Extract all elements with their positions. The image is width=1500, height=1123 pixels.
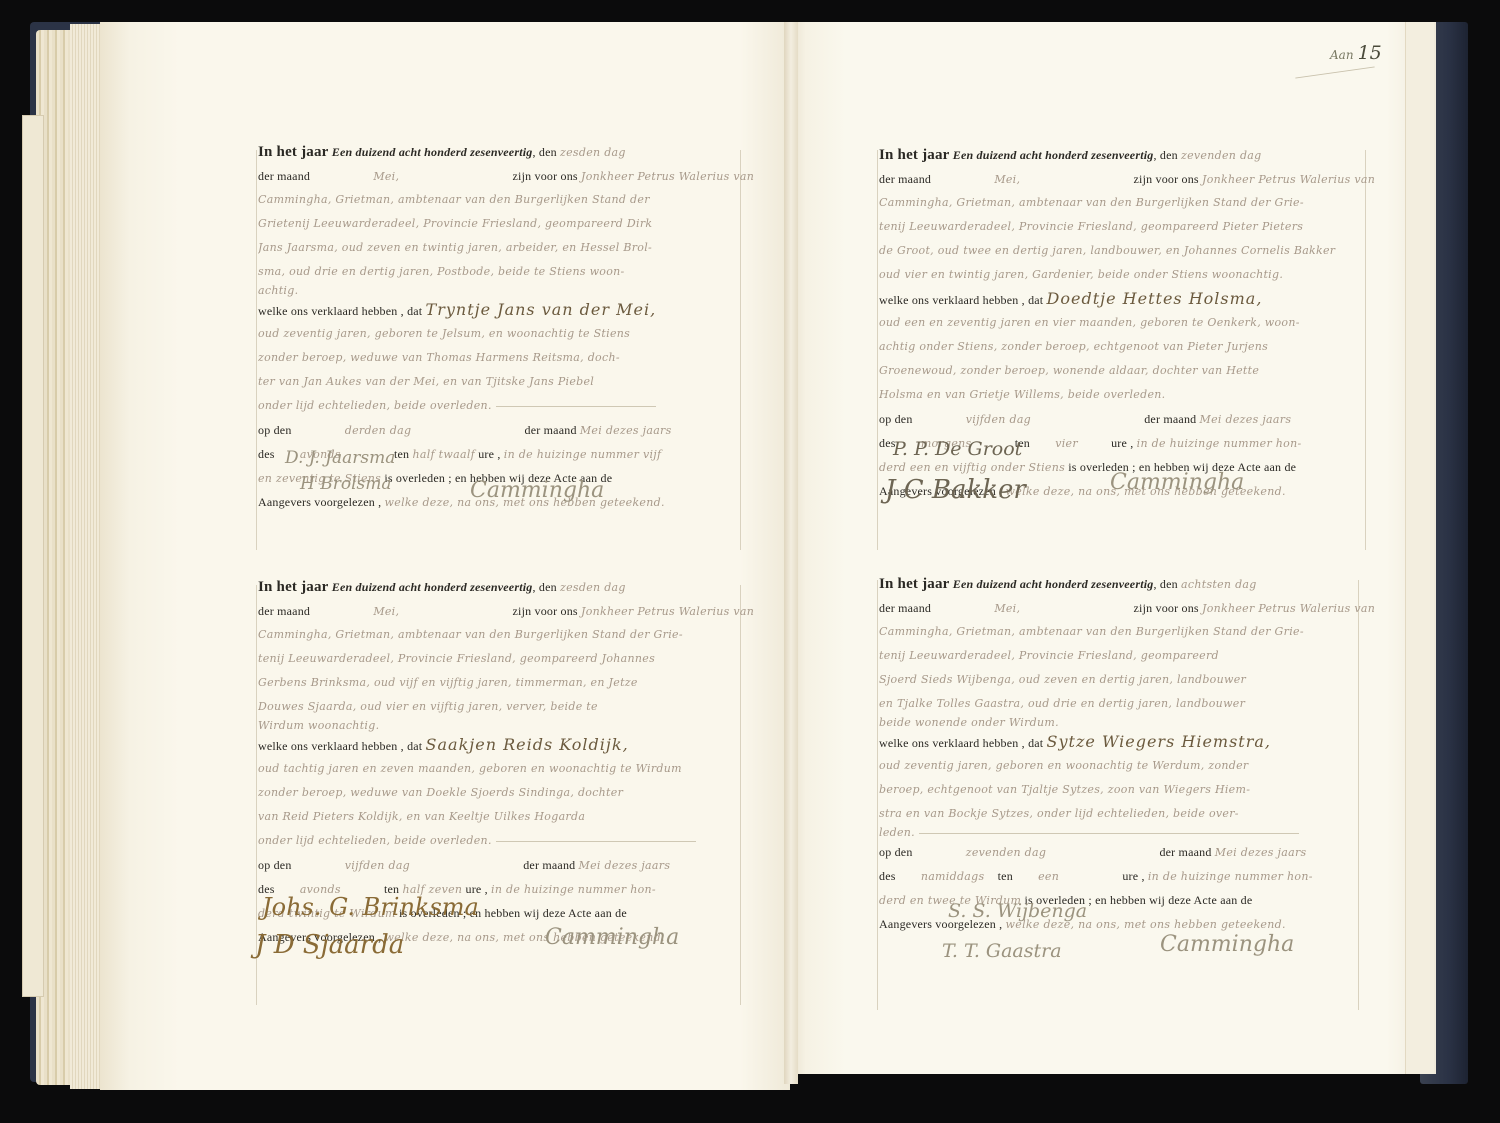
death-month: Mei dezes jaars <box>1215 846 1307 859</box>
label-welke: welke ons verklaard hebben , dat <box>879 293 1043 307</box>
deceased-row: welke ons verklaard hebben , dat Tryntje… <box>258 298 738 322</box>
margin-rule <box>1365 150 1366 550</box>
margin-rule <box>740 150 741 550</box>
deceased-detail: onder lijd echtelieden, beide overleden. <box>258 834 492 847</box>
label-des: des <box>879 869 896 883</box>
label-welke: welke ons verklaard hebben , dat <box>879 736 1043 750</box>
place: in de huizinge nummer hon- <box>1148 870 1313 883</box>
signature-official: Cammingha <box>1160 932 1294 957</box>
date-day: zesden dag <box>560 581 626 594</box>
official-line: Jonkheer Petrus Walerius van <box>581 170 754 183</box>
label-in-het-jaar: In het jaar <box>258 579 329 595</box>
act-heading: In het jaar Een duizend acht honderd zes… <box>258 140 738 164</box>
hour: half twaalf <box>412 448 475 461</box>
act-heading: In het jaar Een duizend acht honderd zes… <box>879 143 1359 167</box>
label-den: , den <box>532 580 556 594</box>
label-der-maand: der maand <box>258 169 310 183</box>
place: in de huizinge nummer vijf <box>504 448 662 461</box>
label-den: , den <box>1153 577 1177 591</box>
official-line: Cammingha, Grietman, ambtenaar van den B… <box>879 191 1359 215</box>
label-welke: welke ons verklaard hebben , dat <box>258 304 422 318</box>
year-words: Een duizend acht honderd zesenveertig <box>332 145 533 159</box>
official-line: Jonkheer Petrus Walerius van <box>1202 173 1375 186</box>
year-words: Een duizend acht honderd zesenveertig <box>332 580 533 594</box>
official-line: Douwes Sjaarda, oud vier en vijftig jare… <box>258 695 738 719</box>
official-line: tenij Leeuwarderadeel, Provincie Friesla… <box>879 644 1359 668</box>
label-op-den: op den <box>879 412 913 426</box>
month: Mei, <box>994 173 1020 186</box>
death-day: vijfden dag <box>345 859 410 872</box>
official-line: Gerbens Brinksma, oud vijf en vijftig ja… <box>258 671 738 695</box>
deceased-row: welke ons verklaard hebben , dat Doedtje… <box>879 287 1359 311</box>
fill-line <box>496 841 696 842</box>
death-date-row: op den vijfden dag der maand Mei dezes j… <box>879 407 1359 431</box>
death-date-row: op den vijfden dag der maand Mei dezes j… <box>258 853 738 877</box>
label-der-maand: der maand <box>1144 412 1196 426</box>
label-op-den: op den <box>879 845 913 859</box>
page-edge-right <box>1405 22 1434 1074</box>
official-line: Grietenij Leeuwarderadeel, Provincie Fri… <box>258 212 738 236</box>
folio-prefix: Aan <box>1330 48 1354 62</box>
signature-official: Cammingha <box>1110 470 1244 495</box>
date-day: zevenden dag <box>1181 149 1262 162</box>
hour: vier <box>1055 437 1078 450</box>
label-der-maand: der maand <box>523 858 575 872</box>
deceased-name: Sytze Wiegers Hiemstra, <box>1047 732 1271 751</box>
folio-value: 15 <box>1358 42 1382 64</box>
month: Mei, <box>373 170 399 183</box>
margin-rule <box>740 585 741 1005</box>
label-der-maand: der maand <box>258 604 310 618</box>
death-month: Mei dezes jaars <box>580 424 672 437</box>
label-der-maand: der maand <box>1159 845 1211 859</box>
label-op-den: op den <box>258 858 292 872</box>
place: derd een en vijftig onder Stiens <box>879 461 1065 474</box>
book-gutter <box>784 22 798 1084</box>
label-zijn-voor-ons: zijn voor ons <box>513 604 578 618</box>
official-line: oud vier en twintig jaren, Gardenier, be… <box>879 263 1359 287</box>
official-line: tenij Leeuwarderadeel, Provincie Friesla… <box>879 215 1359 239</box>
official-line: Wirdum woonachtig. <box>258 719 738 733</box>
signature-witness-2: J D Sjaarda <box>255 930 404 960</box>
deceased-name: Doedtje Hettes Holsma, <box>1047 289 1263 308</box>
signature-witness-1: P. P. De Groot <box>893 438 1022 460</box>
signature-witness-1: D. J. Jaarsma <box>285 448 395 468</box>
official-line: de Groot, oud twee en dertig jaren, land… <box>879 239 1359 263</box>
date-day: zesden dag <box>560 146 626 159</box>
official-line: achtig. <box>258 284 738 298</box>
folio-number: Aan15 <box>1330 42 1382 64</box>
deceased-detail: oud tachtig jaren en zeven maanden, gebo… <box>258 757 738 781</box>
label-aangevers: Aangevers voorgelezen , <box>258 495 381 509</box>
label-des: des <box>258 447 275 461</box>
death-day: vijfden dag <box>966 413 1031 426</box>
official-line: Jonkheer Petrus Walerius van <box>1202 602 1375 615</box>
act-heading: In het jaar Een duizend acht honderd zes… <box>258 575 738 599</box>
deceased-detail: ter van Jan Aukes van der Mei, en van Tj… <box>258 370 738 394</box>
month: Mei, <box>994 602 1020 615</box>
deceased-name: Tryntje Jans van der Mei, <box>426 300 657 319</box>
label-in-het-jaar: In het jaar <box>879 576 950 592</box>
deceased-detail: onder lijd echtelieden, beide overleden. <box>258 399 492 412</box>
deceased-detail: zonder beroep, weduwe van Doekle Sjoerds… <box>258 781 738 805</box>
official-line: Cammingha, Grietman, ambtenaar van den B… <box>258 623 738 647</box>
death-time-row: des namiddags ten een ure , in de huizin… <box>879 864 1359 888</box>
official-line: Jonkheer Petrus Walerius van <box>581 605 754 618</box>
deceased-detail: oud zeventig jaren, geboren en woonachti… <box>879 754 1359 778</box>
signature-official: Cammingha <box>470 478 604 503</box>
label-ure: ure , <box>1111 436 1133 450</box>
label-welke: welke ons verklaard hebben , dat <box>258 739 422 753</box>
deceased-detail-last: onder lijd echtelieden, beide overleden. <box>258 394 738 418</box>
label-den: , den <box>532 145 556 159</box>
part-of-day: namiddags <box>921 870 985 883</box>
month-row: der maand Mei, zijn voor ons Jonkheer Pe… <box>879 596 1359 620</box>
margin-rule <box>256 150 257 550</box>
label-ten: ten <box>998 869 1013 883</box>
death-month: Mei dezes jaars <box>1200 413 1292 426</box>
signature-witness-2: T. T. Gaastra <box>942 940 1062 962</box>
margin-rule <box>877 150 878 550</box>
month: Mei, <box>373 605 399 618</box>
year-words: Een duizend acht honderd zesenveertig <box>953 577 1154 591</box>
official-line: Cammingha, Grietman, ambtenaar van den B… <box>258 188 738 212</box>
death-month: Mei dezes jaars <box>579 859 671 872</box>
place: in de huizinge nummer hon- <box>1137 437 1302 450</box>
deceased-detail: zonder beroep, weduwe van Thomas Harmens… <box>258 346 738 370</box>
official-line: en Tjalke Tolles Gaastra, oud drie en de… <box>879 692 1359 716</box>
label-in-het-jaar: In het jaar <box>879 147 950 163</box>
signature-official: Cammingha <box>545 925 679 950</box>
label-der-maand: der maand <box>879 601 931 615</box>
hour: een <box>1038 870 1059 883</box>
label-zijn-voor-ons: zijn voor ons <box>1134 601 1199 615</box>
deceased-detail: stra en van Bockje Sytzes, onder lijd ec… <box>879 802 1359 826</box>
month-row: der maand Mei, zijn voor ons Jonkheer Pe… <box>258 599 738 623</box>
fill-line <box>919 833 1299 834</box>
month-row: der maand Mei, zijn voor ons Jonkheer Pe… <box>879 167 1359 191</box>
deceased-detail-last: leden. <box>879 826 1359 840</box>
death-day: derden dag <box>345 424 412 437</box>
deceased-name: Saakjen Reids Koldijk, <box>426 735 629 754</box>
signature-witness-2: J C Bakker <box>885 475 1026 505</box>
death-date-row: op den derden dag der maand Mei dezes ja… <box>258 418 738 442</box>
deceased-detail: beroep, echtgenoot van Tjaltje Sytzes, z… <box>879 778 1359 802</box>
date-day: achtsten dag <box>1181 578 1257 591</box>
label-ten: ten <box>394 447 409 461</box>
label-der-maand: der maand <box>879 172 931 186</box>
label-ure: ure , <box>478 447 500 461</box>
official-line: sma, oud drie en dertig jaren, Postbode,… <box>258 260 738 284</box>
death-act-4: In het jaar Een duizend acht honderd zes… <box>879 572 1359 936</box>
margin-rule <box>877 580 878 1010</box>
signature-witness-1: Johs. G. Brinksma <box>262 893 479 921</box>
label-zijn-voor-ons: zijn voor ons <box>513 169 578 183</box>
label-der-maand: der maand <box>525 423 577 437</box>
deceased-row: welke ons verklaard hebben , dat Sytze W… <box>879 730 1359 754</box>
deceased-row: welke ons verklaard hebben , dat Saakjen… <box>258 733 738 757</box>
death-date-row: op den zevenden dag der maand Mei dezes … <box>879 840 1359 864</box>
deceased-detail: oud een en zeventig jaren en vier maande… <box>879 311 1359 335</box>
label-den: , den <box>1153 148 1177 162</box>
act-heading: In het jaar Een duizend acht honderd zes… <box>879 572 1359 596</box>
label-op-den: op den <box>258 423 292 437</box>
label-ure: ure , <box>1122 869 1144 883</box>
deceased-detail: van Reid Pieters Koldijk, en van Keeltje… <box>258 805 738 829</box>
official-line: Jans Jaarsma, oud zeven en twintig jaren… <box>258 236 738 260</box>
official-line: beide wonende onder Wirdum. <box>879 716 1359 730</box>
signature-witness-2: H Brolsma <box>300 474 392 494</box>
death-day: zevenden dag <box>966 846 1047 859</box>
deceased-detail: leden. <box>879 826 915 839</box>
place: in de huizinge nummer hon- <box>491 883 656 896</box>
signature-witness-1: S. S. Wijbenga <box>948 900 1087 922</box>
label-in-het-jaar: In het jaar <box>258 144 329 160</box>
deceased-detail: Holsma en van Grietje Willems, beide ove… <box>879 383 1359 407</box>
deceased-detail-last: onder lijd echtelieden, beide overleden. <box>258 829 738 853</box>
fill-line <box>496 406 656 407</box>
deceased-detail: achtig onder Stiens, zonder beroep, echt… <box>879 335 1359 359</box>
torn-page-stub <box>22 115 44 997</box>
deceased-detail: Groenewoud, zonder beroep, wonende aldaa… <box>879 359 1359 383</box>
month-row: der maand Mei, zijn voor ons Jonkheer Pe… <box>258 164 738 188</box>
year-words: Een duizend acht honderd zesenveertig <box>953 148 1154 162</box>
deceased-detail: oud zeventig jaren, geboren te Jelsum, e… <box>258 322 738 346</box>
label-zijn-voor-ons: zijn voor ons <box>1134 172 1199 186</box>
official-line: tenij Leeuwarderadeel, Provincie Friesla… <box>258 647 738 671</box>
official-line: Sjoerd Sieds Wijbenga, oud zeven en dert… <box>879 668 1359 692</box>
official-line: Cammingha, Grietman, ambtenaar van den B… <box>879 620 1359 644</box>
